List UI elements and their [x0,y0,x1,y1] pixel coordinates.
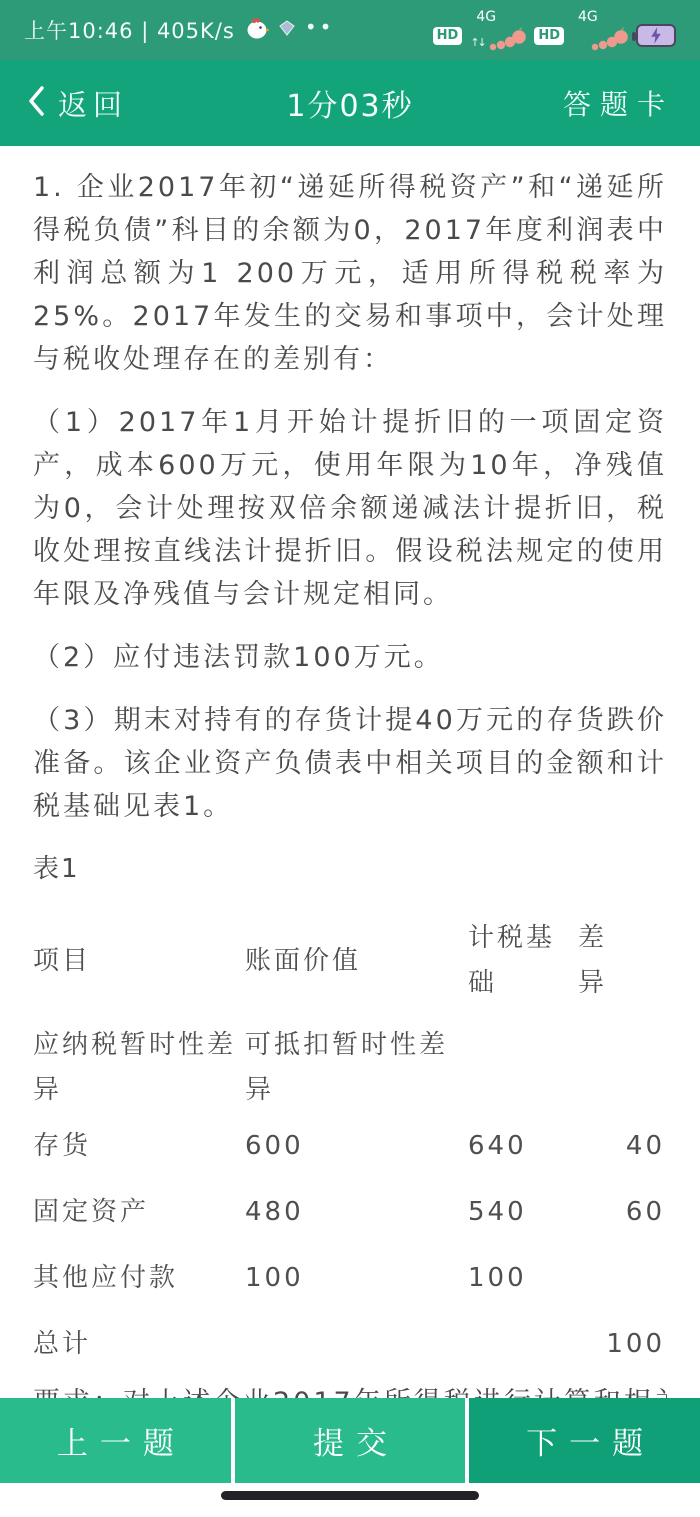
footer-button-bar: 上一题 提交 下一题 [0,1398,700,1483]
answer-card-button[interactable]: 答题卡 [563,83,674,123]
row-book-value: 480 [245,1190,468,1235]
footer: 上一题 提交 下一题 [0,1398,700,1517]
hd-volte-badge-2: HD [534,27,564,45]
network-type-label-2: 4G [578,9,598,25]
row-book-value: 100 [245,1256,468,1301]
question-intro-text: 1. 企业2017年初“递延所得税资产”和“递延所得税负债”科目的余额为0，20… [33,166,667,381]
row-book-value: 600 [245,1124,468,1169]
row-item-label: 其他应付款 [33,1256,245,1301]
table-row: 总计 100 [33,1311,667,1377]
row-difference: 40 [578,1124,667,1169]
gem-shield-icon [279,20,295,40]
subheader-deductible-temp-diff: 可抵扣暂时性差异 [245,1023,468,1113]
status-bar: 上午10:46 | 405K/s •• HD 4G [0,0,700,60]
row-item-label: 存货 [33,1124,245,1169]
submit-button[interactable]: 提交 [235,1398,466,1483]
battery-charging-icon [636,24,676,47]
back-button[interactable]: 返回 [26,83,128,124]
row-tax-basis: 100 [468,1256,578,1301]
home-indicator-bar[interactable] [221,1491,479,1500]
next-question-button[interactable]: 下一题 [469,1398,700,1483]
updown-arrows-icon: ↑↓ [470,36,484,49]
app-screen: 上午10:46 | 405K/s •• HD 4G [0,0,700,1517]
time-and-network-speed: 上午10:46 | 405K/s [24,15,235,45]
home-area [0,1483,700,1517]
hen-icon [245,17,269,43]
signal-cluster-2: 4G [572,9,628,51]
table-subheader-row: 应纳税暂时性差异 可抵扣暂时性差异 [33,1023,667,1113]
row-tax-basis: 640 [468,1124,578,1169]
nav-bar: 返回 1分03秒 答题卡 [0,60,700,146]
table-row: 存货 600 640 40 [33,1113,667,1179]
question-item-1: （1）2017年1月开始计提折旧的一项固定资产，成本600万元，使用年限为10年… [33,401,667,616]
col-header-tax-basis: 计税基础 [468,916,564,1006]
chevron-left-icon [26,84,46,122]
back-label: 返回 [58,83,128,124]
signal-berries-icon-2 [588,25,628,51]
row-tax-basis: 540 [468,1190,578,1235]
question-content: 1. 企业2017年初“递延所得税资产”和“递延所得税负债”科目的余额为0，20… [0,146,700,1377]
signal-berries-icon-1 [486,25,526,51]
subheader-taxable-temp-diff: 应纳税暂时性差异 [33,1023,245,1113]
col-header-difference: 差异 [578,916,616,1006]
row-difference: 100 [578,1322,667,1367]
hd-volte-badge-1: HD [433,27,463,45]
question-item-3: （3）期末对持有的存货计提40万元的存货跌价准备。该企业资产负债表中相关项目的金… [33,699,667,828]
table-row: 固定资产 480 540 60 [33,1179,667,1245]
row-item-label: 固定资产 [33,1190,245,1235]
question-item-2: （2）应付违法罚款100万元。 [33,636,667,679]
signal-cluster-1: 4G ↑↓ [470,9,526,51]
row-difference: 60 [578,1190,667,1235]
network-type-label-1: 4G [476,9,496,25]
table-row: 其他应付款 100 100 [33,1245,667,1311]
table-header-row: 项目 账面价值 计税基础 差异 [33,913,667,1009]
more-dots: •• [305,15,335,45]
col-header-book-value: 账面价值 [245,939,468,984]
col-header-item: 项目 [33,939,245,984]
previous-question-button[interactable]: 上一题 [0,1398,231,1483]
row-item-label: 总计 [33,1322,245,1367]
table-caption: 表1 [33,848,667,885]
